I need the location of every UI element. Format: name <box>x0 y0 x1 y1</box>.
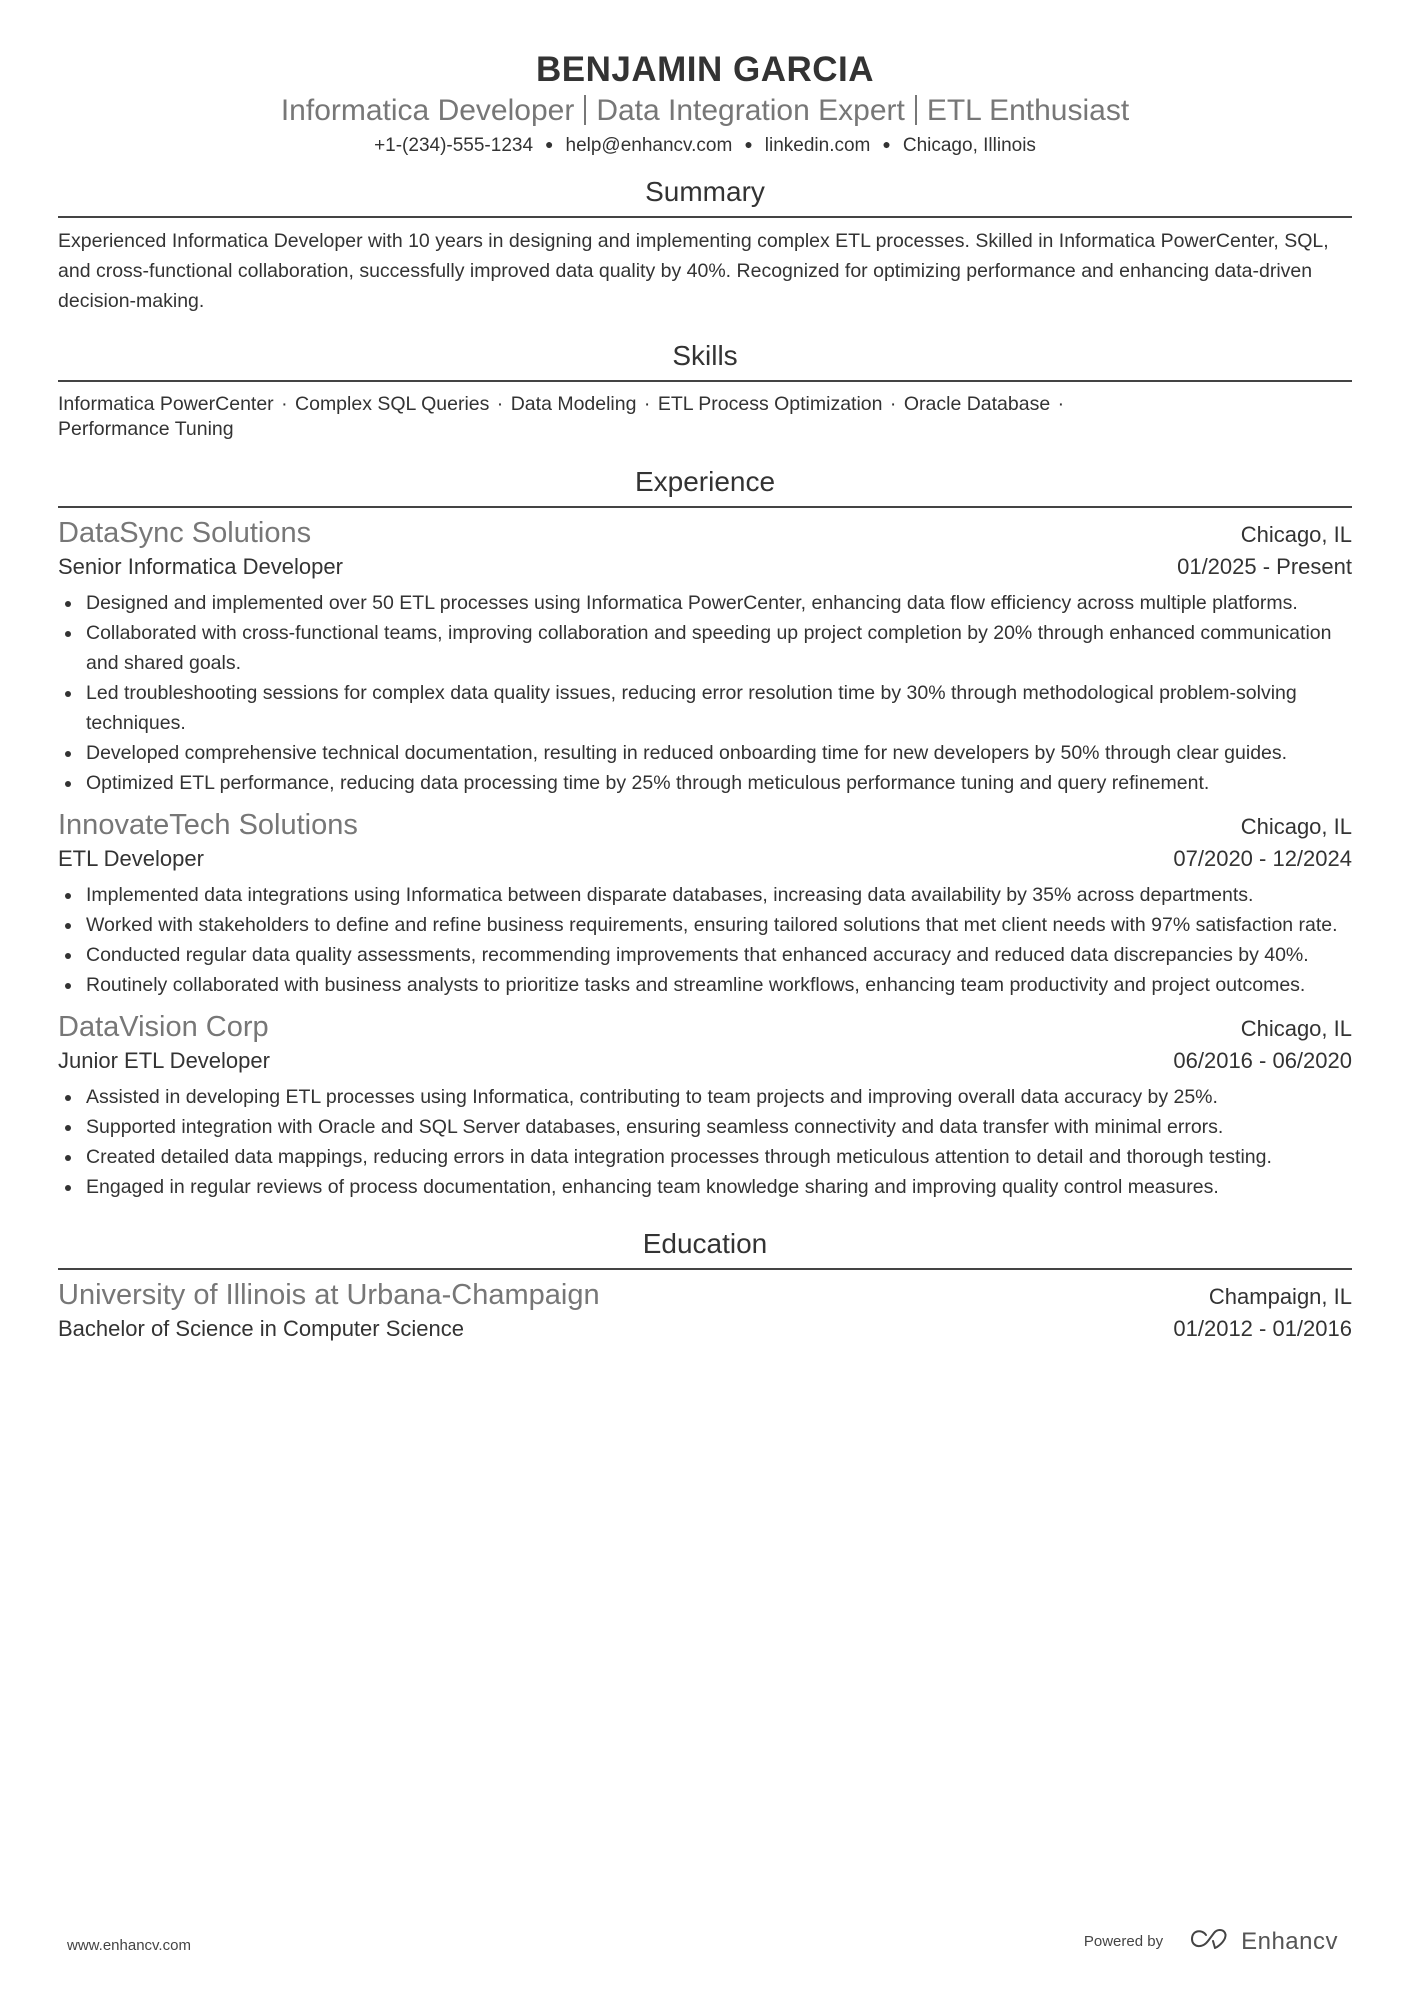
footer-website[interactable]: www.enhancv.com <box>67 1937 191 1954</box>
bullet-item: Led troubleshooting sessions for complex… <box>58 678 1352 738</box>
job-role: Senior Informatica Developer <box>58 552 343 582</box>
bullet-item: Developed comprehensive technical docume… <box>58 738 1352 768</box>
bullet-item: Assisted in developing ETL processes usi… <box>58 1082 1352 1112</box>
company-name: InnovateTech Solutions <box>58 806 358 844</box>
job-bullets: Assisted in developing ETL processes usi… <box>58 1082 1352 1202</box>
education-dates: 01/2012 - 01/2016 <box>1173 1314 1352 1344</box>
title-2: Data Integration Expert <box>596 94 905 127</box>
skill-separator: · <box>276 393 293 415</box>
degree: Bachelor of Science in Computer Science <box>58 1314 464 1344</box>
section-divider <box>58 1268 1352 1270</box>
section-title-experience: Experience <box>58 464 1352 500</box>
skill-separator: · <box>638 393 655 415</box>
skill-separator: · <box>885 393 902 415</box>
skill-separator: · <box>1052 393 1064 415</box>
title-separator <box>584 95 586 125</box>
title-3: ETL Enthusiast <box>927 94 1129 127</box>
contact-email[interactable]: help@enhancv.com <box>566 135 733 156</box>
bullet-item: Collaborated with cross-functional teams… <box>58 618 1352 678</box>
brand-name[interactable]: Enhancv <box>1241 1928 1338 1956</box>
job-role: Junior ETL Developer <box>58 1046 270 1076</box>
skills-section: Skills Informatica PowerCenter · Complex… <box>58 338 1352 442</box>
contact-info: +1-(234)-555-1234●help@enhancv.com●linke… <box>58 130 1352 160</box>
skill-item: ETL Process Optimization <box>658 393 883 415</box>
education-section: Education University of Illinois at Urba… <box>58 1226 1352 1344</box>
bullet-item: Engaged in regular reviews of process do… <box>58 1172 1352 1202</box>
bullet-item: Designed and implemented over 50 ETL pro… <box>58 588 1352 618</box>
summary-text: Experienced Informatica Developer with 1… <box>58 226 1352 316</box>
skill-separator: · <box>491 393 508 415</box>
skill-item: Complex SQL Queries <box>295 393 489 415</box>
bullet-item: Worked with stakeholders to define and r… <box>58 910 1352 940</box>
candidate-titles: Informatica DeveloperData Integration Ex… <box>58 92 1352 130</box>
section-title-skills: Skills <box>58 338 1352 374</box>
experience-entry: InnovateTech Solutions Chicago, IL ETL D… <box>58 806 1352 1000</box>
experience-section: Experience DataSync Solutions Chicago, I… <box>58 464 1352 1202</box>
section-divider <box>58 380 1352 382</box>
title-separator <box>915 95 917 125</box>
dot-separator: ● <box>744 136 752 152</box>
job-role: ETL Developer <box>58 844 204 874</box>
dot-separator: ● <box>545 136 553 152</box>
candidate-name: BENJAMIN GARCIA <box>58 48 1352 92</box>
skill-item: Data Modeling <box>511 393 637 415</box>
skill-item: Performance Tuning <box>58 418 234 440</box>
bullet-item: Routinely collaborated with business ana… <box>58 970 1352 1000</box>
enhancv-logo-icon <box>1189 1927 1233 1956</box>
section-divider <box>58 506 1352 508</box>
company-name: DataVision Corp <box>58 1008 269 1046</box>
school-location: Champaign, IL <box>1209 1282 1352 1312</box>
experience-entry: DataSync Solutions Chicago, IL Senior In… <box>58 514 1352 798</box>
bullet-item: Implemented data integrations using Info… <box>58 880 1352 910</box>
school-name: University of Illinois at Urbana-Champai… <box>58 1276 600 1314</box>
section-divider <box>58 216 1352 218</box>
section-title-summary: Summary <box>58 174 1352 210</box>
bullet-item: Conducted regular data quality assessmen… <box>58 940 1352 970</box>
skill-item: Oracle Database <box>904 393 1050 415</box>
education-entry: University of Illinois at Urbana-Champai… <box>58 1276 1352 1344</box>
job-bullets: Implemented data integrations using Info… <box>58 880 1352 1000</box>
company-name: DataSync Solutions <box>58 514 311 552</box>
contact-linkedin[interactable]: linkedin.com <box>765 135 871 156</box>
bullet-item: Optimized ETL performance, reducing data… <box>58 768 1352 798</box>
skill-item: Informatica PowerCenter <box>58 393 274 415</box>
skills-list: Informatica PowerCenter · Complex SQL Qu… <box>58 392 1352 442</box>
bullet-item: Created detailed data mappings, reducing… <box>58 1142 1352 1172</box>
contact-location: Chicago, Illinois <box>903 135 1036 156</box>
section-title-education: Education <box>58 1226 1352 1262</box>
title-1: Informatica Developer <box>281 94 574 127</box>
experience-entry: DataVision Corp Chicago, IL Junior ETL D… <box>58 1008 1352 1202</box>
dot-separator: ● <box>882 136 890 152</box>
job-dates: 06/2016 - 06/2020 <box>1173 1046 1352 1076</box>
job-location: Chicago, IL <box>1241 520 1352 550</box>
job-dates: 01/2025 - Present <box>1177 552 1352 582</box>
summary-section: Summary Experienced Informatica Develope… <box>58 174 1352 316</box>
contact-phone: +1-(234)-555-1234 <box>374 135 533 156</box>
job-dates: 07/2020 - 12/2024 <box>1173 844 1352 874</box>
resume-page: BENJAMIN GARCIA Informatica DeveloperDat… <box>58 0 1352 1344</box>
resume-header: BENJAMIN GARCIA Informatica DeveloperDat… <box>58 0 1352 160</box>
powered-by-label: Powered by <box>1084 1933 1163 1950</box>
footer-branding: Powered by Enhancv <box>1084 1927 1338 1956</box>
bullet-item: Supported integration with Oracle and SQ… <box>58 1112 1352 1142</box>
job-bullets: Designed and implemented over 50 ETL pro… <box>58 588 1352 798</box>
job-location: Chicago, IL <box>1241 812 1352 842</box>
job-location: Chicago, IL <box>1241 1014 1352 1044</box>
